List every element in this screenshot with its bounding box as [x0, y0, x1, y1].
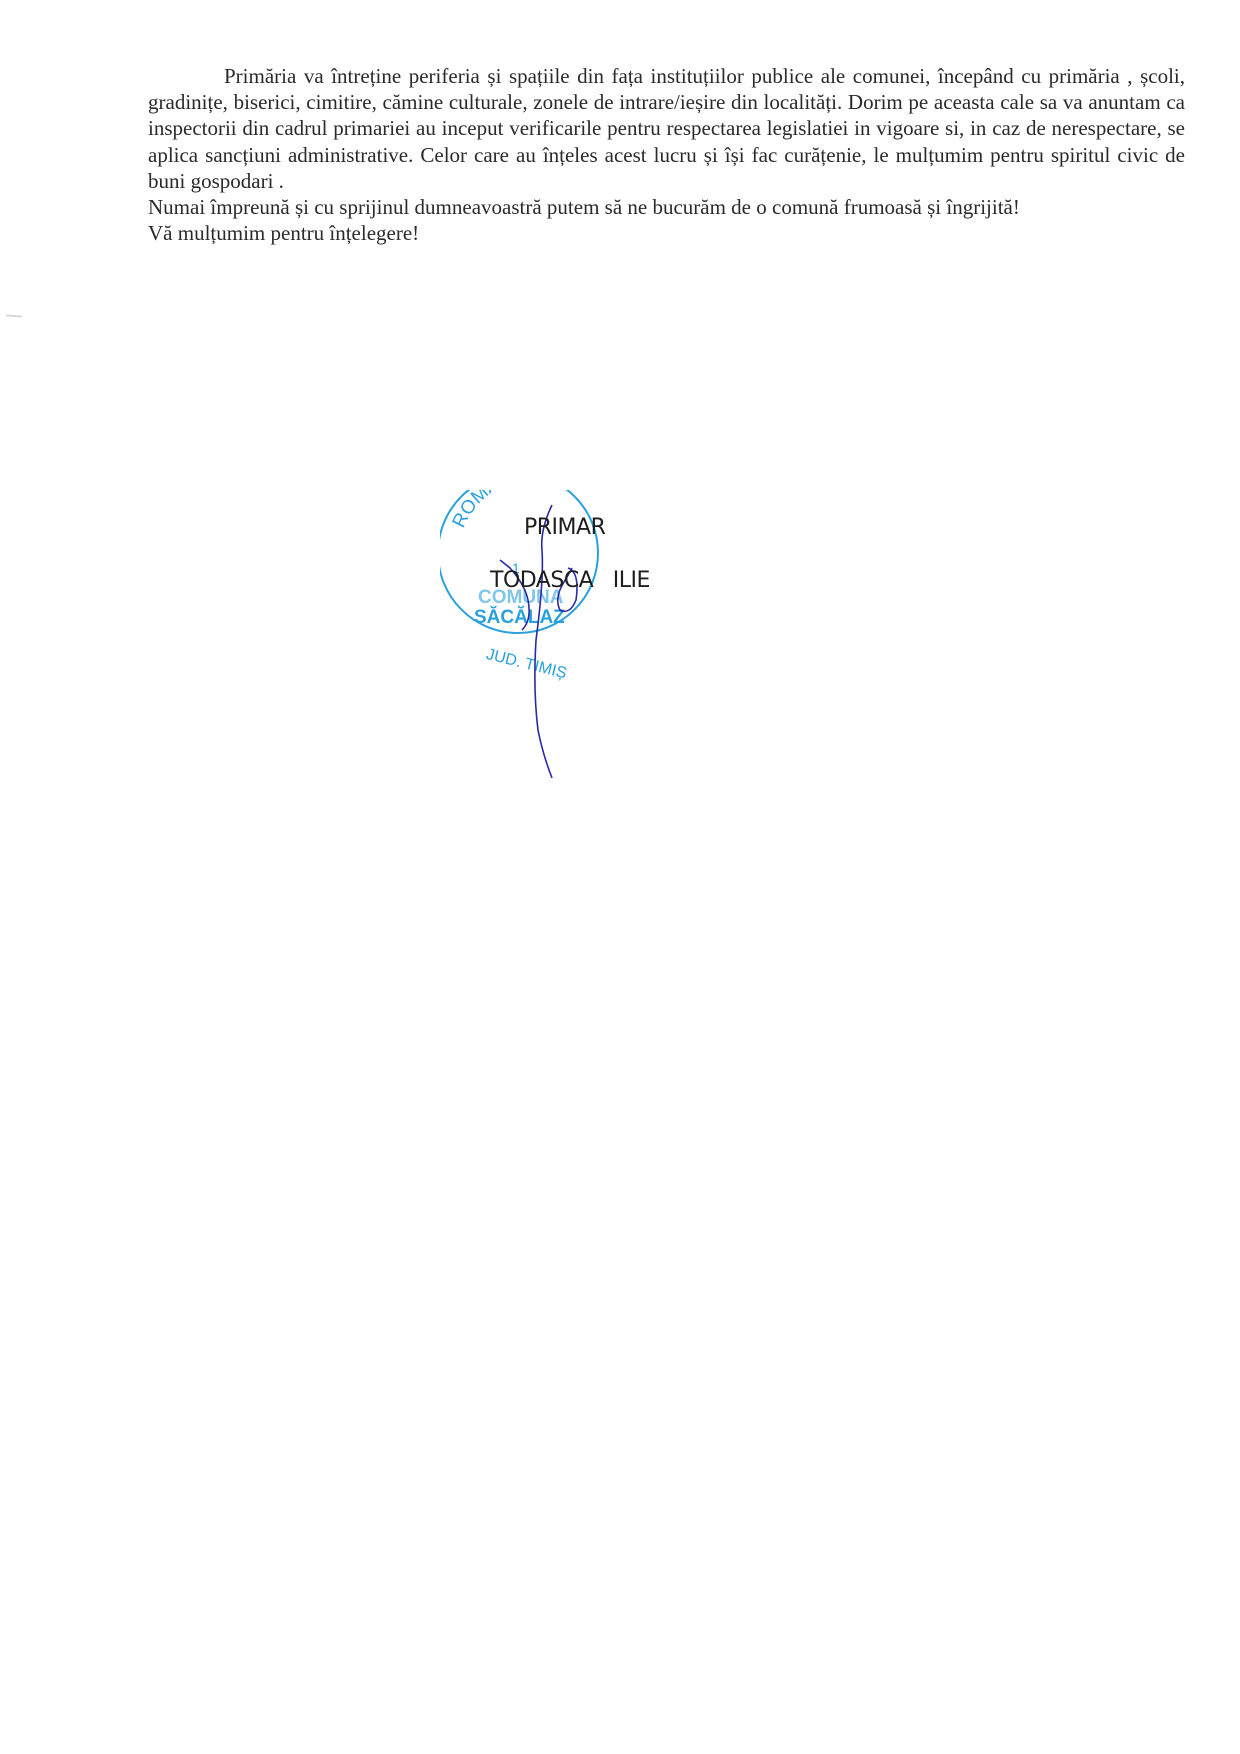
paragraph-main: Primăria va întreține periferia și spați…: [148, 63, 1185, 194]
handwritten-signature-icon: [500, 505, 577, 778]
signature-block: ROMANIA 1 COMUNA SĂCĂLAZ JUD. TIMIȘ PRIM…: [440, 490, 700, 840]
official-stamp-icon: ROMANIA 1 COMUNA SĂCĂLAZ JUD. TIMIȘ: [440, 490, 700, 840]
document-page: Primăria va întreține periferia și spați…: [0, 0, 1240, 1754]
signatory-name: TODASCA ILIE: [490, 568, 650, 593]
signatory-title: PRIMAR: [524, 515, 605, 540]
stamp-middle-2: SĂCĂLAZ: [474, 606, 565, 628]
stamp-bottom-text: JUD. TIMIȘ: [484, 646, 568, 682]
paragraph-closing: Numai împreună și cu sprijinul dumneavoa…: [148, 194, 1185, 220]
letter-body: Primăria va întreține periferia și spați…: [148, 63, 1185, 246]
scan-margin-mark: [6, 314, 22, 317]
paragraph-thanks: Vă mulțumim pentru înțelegere!: [148, 220, 1185, 246]
